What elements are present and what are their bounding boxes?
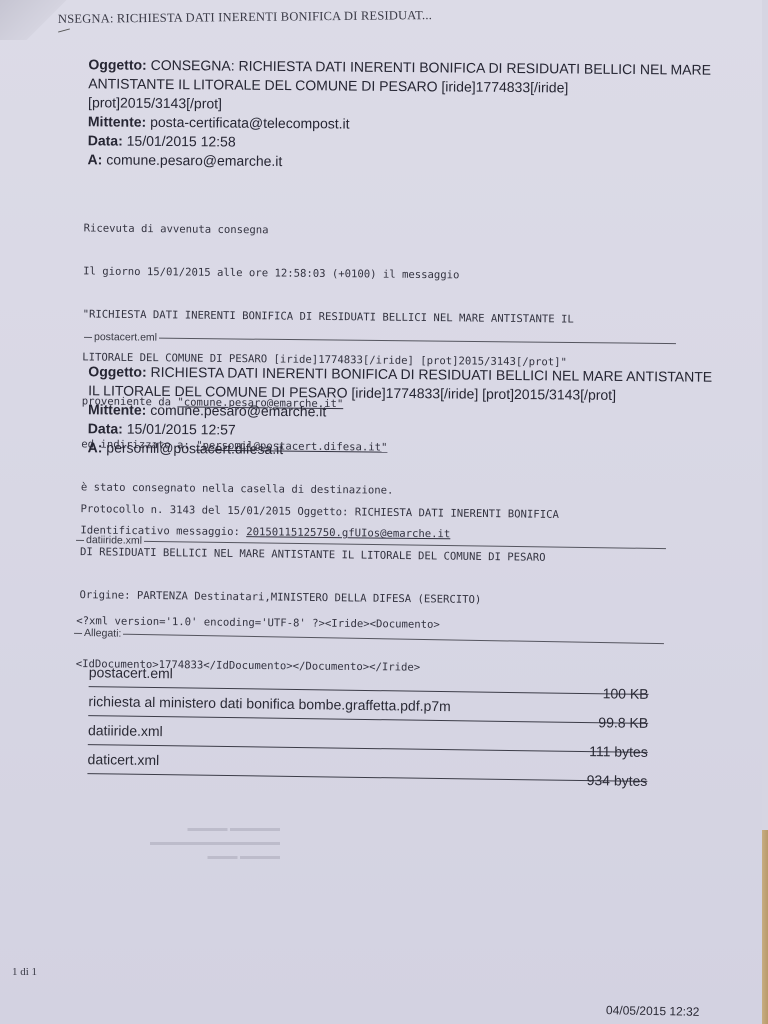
attachment-name[interactable]: datiiride.xml bbox=[88, 722, 163, 739]
document-page: NSEGNA: RICHIESTA DATI INERENTI BONIFICA… bbox=[0, 0, 762, 1024]
attachments-list: postacert.eml 100 KB richiesta al minist… bbox=[87, 658, 649, 810]
receipt-line: Ricevuta di avvenuta consegna bbox=[84, 221, 575, 241]
datiiride-label: datiiride.xml bbox=[86, 534, 142, 547]
message-1-header: Oggetto: CONSEGNA: RICHIESTA DATI INEREN… bbox=[88, 55, 712, 174]
message-1-to: A: comune.pesaro@emarche.it bbox=[88, 150, 711, 174]
page-number: 1 di 1 bbox=[12, 966, 37, 978]
attachment-name[interactable]: richiesta al ministero dati bonifica bom… bbox=[88, 693, 451, 714]
protocol-line: Protocollo n. 3143 del 15/01/2015 Oggett… bbox=[80, 502, 558, 522]
print-header-title: NSEGNA: RICHIESTA DATI INERENTI BONIFICA… bbox=[58, 8, 432, 27]
message-2-header: Oggetto: RICHIESTA DATI INERENTI BONIFIC… bbox=[88, 362, 713, 462]
postacert-label: postacert.eml bbox=[94, 331, 157, 344]
attachment-name[interactable]: postacert.eml bbox=[89, 664, 173, 681]
receipt-line: Il giorno 15/01/2015 alle ore 12:58:03 (… bbox=[83, 264, 574, 284]
attachment-name[interactable]: daticert.xml bbox=[88, 751, 160, 768]
receipt-line: "RICHIESTA DATI INERENTI BONIFICA DI RES… bbox=[83, 308, 574, 328]
print-timestamp: 04/05/2015 12:32 bbox=[606, 1003, 700, 1019]
allegati-label: Allegati: bbox=[84, 627, 122, 640]
bleed-through-text: ▬▬▬▬▬ ▬▬▬▬ ▬▬▬▬▬▬▬▬▬▬▬▬▬ ▬▬▬▬ ▬▬▬ bbox=[150, 822, 280, 864]
